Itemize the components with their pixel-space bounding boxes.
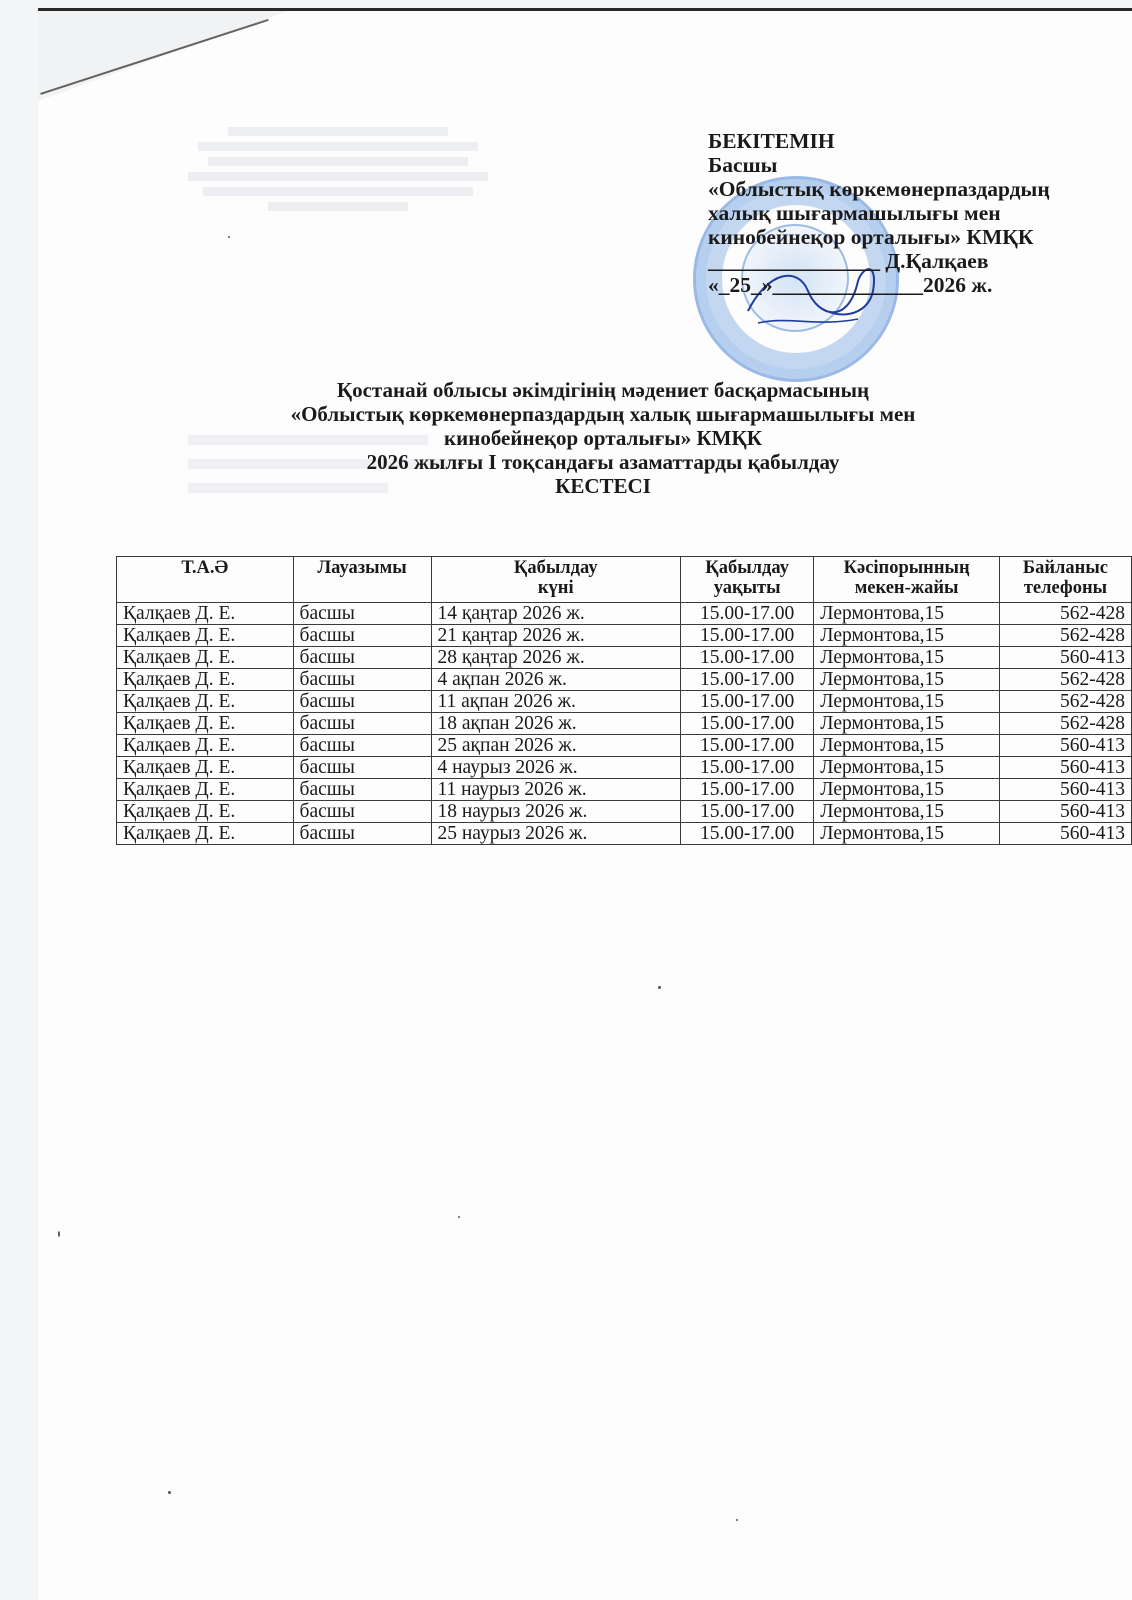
cell-phone: 562-428 — [999, 691, 1131, 713]
cell-phone: 560-413 — [999, 823, 1131, 845]
title-line: 2026 жылғы І тоқсандағы азаматтарды қабы… — [158, 450, 1048, 474]
approval-org-line: кинобейнеқор орталығы» КМҚК — [708, 225, 1132, 249]
cell-address: Лермонтова,15 — [814, 603, 1000, 625]
table-row: Қалқаев Д. Е.басшы11 ақпан 2026 ж.15.00-… — [117, 691, 1132, 713]
cell-reception-time: 15.00-17.00 — [681, 603, 814, 625]
cell-full-name: Қалқаев Д. Е. — [117, 713, 294, 735]
cell-full-name: Қалқаев Д. Е. — [117, 823, 294, 845]
cell-full-name: Қалқаев Д. Е. — [117, 757, 294, 779]
cell-address: Лермонтова,15 — [814, 801, 1000, 823]
cell-reception-time: 15.00-17.00 — [681, 823, 814, 845]
cell-reception-date: 28 қаңтар 2026 ж. — [431, 647, 681, 669]
header-position: Лауазымы — [293, 557, 431, 603]
cell-phone: 562-428 — [999, 603, 1131, 625]
approval-signature-line: ________________ Д.Қалқаев — [708, 249, 1132, 273]
cell-address: Лермонтова,15 — [814, 669, 1000, 691]
cell-position: басшы — [293, 669, 431, 691]
approval-position: Басшы — [708, 153, 1132, 177]
cell-full-name: Қалқаев Д. Е. — [117, 801, 294, 823]
cell-phone: 560-413 — [999, 779, 1131, 801]
cell-address: Лермонтова,15 — [814, 691, 1000, 713]
cell-reception-date: 4 наурыз 2026 ж. — [431, 757, 681, 779]
table-body: Қалқаев Д. Е.басшы14 қаңтар 2026 ж.15.00… — [117, 603, 1132, 845]
cell-reception-time: 15.00-17.00 — [681, 691, 814, 713]
header-address: Кәсіпорынныңмекен-жайы — [814, 557, 1000, 603]
cell-reception-time: 15.00-17.00 — [681, 669, 814, 691]
reception-schedule-table: Т.А.ӘЛауазымыҚабылдаукүніҚабылдаууақытыК… — [116, 556, 1132, 845]
table-row: Қалқаев Д. Е.басшы11 наурыз 2026 ж.15.00… — [117, 779, 1132, 801]
cell-full-name: Қалқаев Д. Е. — [117, 603, 294, 625]
approval-org-line: халық шығармашылығы мен — [708, 201, 1132, 225]
title-line: КЕСТЕСІ — [158, 474, 1048, 498]
header-full-name: Т.А.Ә — [117, 557, 294, 603]
cell-reception-time: 15.00-17.00 — [681, 757, 814, 779]
cell-reception-date: 25 ақпан 2026 ж. — [431, 735, 681, 757]
scanned-document-page: БЕКІТЕМІН Басшы «Облыстық көркемөнерпазд… — [38, 8, 1132, 1600]
cell-reception-date: 21 қаңтар 2026 ж. — [431, 625, 681, 647]
table-row: Қалқаев Д. Е.басшы14 қаңтар 2026 ж.15.00… — [117, 603, 1132, 625]
cell-reception-date: 14 қаңтар 2026 ж. — [431, 603, 681, 625]
cell-address: Лермонтова,15 — [814, 823, 1000, 845]
cell-position: басшы — [293, 757, 431, 779]
document-title: Қостанай облысы әкімдігінің мәдениет бас… — [158, 378, 1048, 498]
cell-reception-date: 11 наурыз 2026 ж. — [431, 779, 681, 801]
table-row: Қалқаев Д. Е.басшы18 ақпан 2026 ж.15.00-… — [117, 713, 1132, 735]
approval-date-line: «_25_»______________2026 ж. — [708, 273, 1132, 297]
header-reception-date: Қабылдаукүні — [431, 557, 681, 603]
cell-address: Лермонтова,15 — [814, 713, 1000, 735]
cell-address: Лермонтова,15 — [814, 647, 1000, 669]
cell-reception-date: 18 наурыз 2026 ж. — [431, 801, 681, 823]
table-row: Қалқаев Д. Е.басшы28 қаңтар 2026 ж.15.00… — [117, 647, 1132, 669]
cell-phone: 562-428 — [999, 713, 1131, 735]
cell-reception-time: 15.00-17.00 — [681, 647, 814, 669]
cell-reception-time: 15.00-17.00 — [681, 735, 814, 757]
header-phone: Байланыстелефоны — [999, 557, 1131, 603]
cell-phone: 560-413 — [999, 757, 1131, 779]
approval-heading: БЕКІТЕМІН — [708, 129, 1132, 153]
cell-phone: 562-428 — [999, 669, 1131, 691]
bleed-through-text — [188, 121, 488, 217]
approval-block: БЕКІТЕМІН Басшы «Облыстық көркемөнерпазд… — [708, 129, 1132, 297]
title-line: кинобейнеқор орталығы» КМҚК — [158, 426, 1048, 450]
cell-phone: 560-413 — [999, 735, 1131, 757]
cell-position: басшы — [293, 779, 431, 801]
table-row: Қалқаев Д. Е.басшы4 ақпан 2026 ж.15.00-1… — [117, 669, 1132, 691]
cell-full-name: Қалқаев Д. Е. — [117, 647, 294, 669]
header-reception-time: Қабылдаууақыты — [681, 557, 814, 603]
cell-full-name: Қалқаев Д. Е. — [117, 625, 294, 647]
cell-position: басшы — [293, 735, 431, 757]
cell-full-name: Қалқаев Д. Е. — [117, 691, 294, 713]
cell-position: басшы — [293, 647, 431, 669]
cell-position: басшы — [293, 801, 431, 823]
cell-address: Лермонтова,15 — [814, 625, 1000, 647]
cell-full-name: Қалқаев Д. Е. — [117, 779, 294, 801]
cell-position: басшы — [293, 691, 431, 713]
table-row: Қалқаев Д. Е.басшы4 наурыз 2026 ж.15.00-… — [117, 757, 1132, 779]
cell-address: Лермонтова,15 — [814, 779, 1000, 801]
cell-phone: 562-428 — [999, 625, 1131, 647]
cell-reception-date: 4 ақпан 2026 ж. — [431, 669, 681, 691]
cell-address: Лермонтова,15 — [814, 757, 1000, 779]
cell-reception-time: 15.00-17.00 — [681, 801, 814, 823]
cell-reception-time: 15.00-17.00 — [681, 625, 814, 647]
cell-reception-date: 11 ақпан 2026 ж. — [431, 691, 681, 713]
cell-position: басшы — [293, 625, 431, 647]
table-header-row: Т.А.ӘЛауазымыҚабылдаукүніҚабылдаууақытыК… — [117, 557, 1132, 603]
cell-full-name: Қалқаев Д. Е. — [117, 735, 294, 757]
table-row: Қалқаев Д. Е.басшы25 наурыз 2026 ж.15.00… — [117, 823, 1132, 845]
cell-reception-date: 18 ақпан 2026 ж. — [431, 713, 681, 735]
cell-address: Лермонтова,15 — [814, 735, 1000, 757]
table-row: Қалқаев Д. Е.басшы18 наурыз 2026 ж.15.00… — [117, 801, 1132, 823]
cell-position: басшы — [293, 823, 431, 845]
cell-phone: 560-413 — [999, 801, 1131, 823]
title-line: Қостанай облысы әкімдігінің мәдениет бас… — [158, 378, 1048, 402]
cell-position: басшы — [293, 713, 431, 735]
approval-org-line: «Облыстық көркемөнерпаздардың — [708, 177, 1132, 201]
cell-reception-date: 25 наурыз 2026 ж. — [431, 823, 681, 845]
title-line: «Облыстық көркемөнерпаздардың халық шыға… — [158, 402, 1048, 426]
cell-reception-time: 15.00-17.00 — [681, 713, 814, 735]
table-row: Қалқаев Д. Е.басшы21 қаңтар 2026 ж.15.00… — [117, 625, 1132, 647]
cell-reception-time: 15.00-17.00 — [681, 779, 814, 801]
cell-full-name: Қалқаев Д. Е. — [117, 669, 294, 691]
cell-phone: 560-413 — [999, 647, 1131, 669]
table-row: Қалқаев Д. Е.басшы25 ақпан 2026 ж.15.00-… — [117, 735, 1132, 757]
cell-position: басшы — [293, 603, 431, 625]
